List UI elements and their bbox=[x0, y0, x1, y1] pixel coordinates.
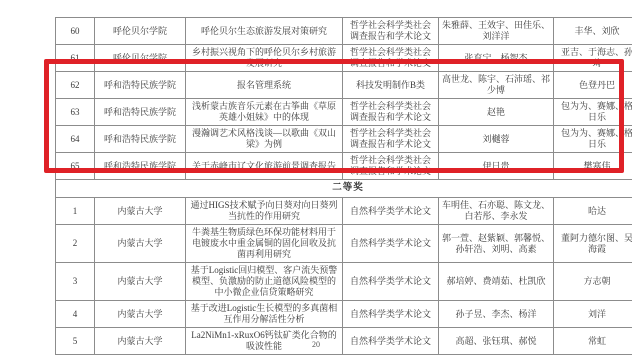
table-cell: 高世龙、陈宇、石沛瑶、祁少博 bbox=[439, 72, 554, 99]
table-cell: 呼和浩特民族学院 bbox=[95, 72, 186, 99]
table-cell: 亚吉、于海志、孙琦 bbox=[554, 45, 632, 72]
table-row: 62呼和浩特民族学院报名管理系统科技发明制作B类高世龙、陈宇、石沛瑶、祁少博色登… bbox=[56, 72, 632, 99]
awards-table-body: 60呼伦贝尔学院呼伦贝尔生态旅游发展对策研究哲学社会科学类社会调查报告和学术论文… bbox=[56, 18, 632, 355]
table-cell: 自然科学类学术论文 bbox=[343, 225, 439, 263]
table-cell: 樊寒伟 bbox=[554, 153, 632, 180]
table-cell: 伊日贵 bbox=[439, 153, 554, 180]
table-cell: 62 bbox=[56, 72, 95, 99]
table-cell: 65 bbox=[56, 153, 95, 180]
table-cell: 浅析蒙古族音乐元素在古筝曲《草原英雄小姐妹》中的体现 bbox=[186, 99, 343, 126]
table-cell: 郝培婷、费靖茹、杜凯欣 bbox=[439, 263, 554, 301]
table-cell: 60 bbox=[56, 18, 95, 45]
table-cell: 董阿力德尔图、吴海霞 bbox=[554, 225, 632, 263]
table-cell: 车明佳、石亦聪、陈文龙、白若彤、李永发 bbox=[439, 198, 554, 225]
table-row: 61呼伦贝尔学院乡村振兴视角下的呼伦贝尔乡村旅游发展研究哲学社会科学类社会调查报… bbox=[56, 45, 632, 72]
table-cell: 自然科学类学术论文 bbox=[343, 263, 439, 301]
table-cell: 哲学社会科学类社会调查报告和学术论文 bbox=[343, 126, 439, 153]
table-cell: 内蒙古大学 bbox=[95, 198, 186, 225]
table-row: 64呼和浩特民族学院漫瀚调艺术风格浅谈—以歌曲《双山梁》为例哲学社会科学类社会调… bbox=[56, 126, 632, 153]
section-label: 二等奖 bbox=[56, 180, 632, 198]
table-cell: 孙子昱、李杰、杨洋 bbox=[439, 301, 554, 328]
table-cell: 漫瀚调艺术风格浅谈—以歌曲《双山梁》为例 bbox=[186, 126, 343, 153]
table-cell: 2 bbox=[56, 225, 95, 263]
table-row: 4内蒙古大学基于改进Logistic生长模型的多真菌相互作用分解活性分析自然科学… bbox=[56, 301, 632, 328]
table-cell: 报名管理系统 bbox=[186, 72, 343, 99]
table-cell: 64 bbox=[56, 126, 95, 153]
document-page: 60呼伦贝尔学院呼伦贝尔生态旅游发展对策研究哲学社会科学类社会调查报告和学术论文… bbox=[0, 0, 632, 360]
table-cell: 呼和浩特民族学院 bbox=[95, 153, 186, 180]
awards-table-container: 60呼伦贝尔学院呼伦贝尔生态旅游发展对策研究哲学社会科学类社会调查报告和学术论文… bbox=[55, 17, 612, 355]
table-cell: 乡村振兴视角下的呼伦贝尔乡村旅游发展研究 bbox=[186, 45, 343, 72]
table-cell: 哲学社会科学类社会调查报告和学术论文 bbox=[343, 45, 439, 72]
awards-table: 60呼伦贝尔学院呼伦贝尔生态旅游发展对策研究哲学社会科学类社会调查报告和学术论文… bbox=[55, 17, 632, 355]
page-number: 20 bbox=[0, 340, 632, 349]
table-cell: 刘洋 bbox=[554, 301, 632, 328]
table-cell: 刘樾蓉 bbox=[439, 126, 554, 153]
table-cell: 关于赤峰市辽文化旅游前景调查报告 bbox=[186, 153, 343, 180]
table-cell: 包为为、赛娜、格日乐 bbox=[554, 126, 632, 153]
table-cell: 郭一萱、赵紫颖、郭馨悦、孙轩浩、刘明、高素 bbox=[439, 225, 554, 263]
table-cell: 自然科学类学术论文 bbox=[343, 198, 439, 225]
table-cell: 哲学社会科学类社会调查报告和学术论文 bbox=[343, 18, 439, 45]
table-cell: 通过HIGS技术赋予向日葵对向日葵列当抗性的作用研究 bbox=[186, 198, 343, 225]
table-row: 2内蒙古大学牛粪基生物质绿色环保功能材料用于电镀废水中重金属铜的固化回收及抗菌再… bbox=[56, 225, 632, 263]
table-cell: 内蒙古大学 bbox=[95, 263, 186, 301]
table-cell: 内蒙古大学 bbox=[95, 301, 186, 328]
table-cell: 呼伦贝尔学院 bbox=[95, 45, 186, 72]
table-row: 65呼和浩特民族学院关于赤峰市辽文化旅游前景调查报告哲学社会科学类社会调查报告和… bbox=[56, 153, 632, 180]
table-cell: 哲学社会科学类社会调查报告和学术论文 bbox=[343, 153, 439, 180]
table-cell: 61 bbox=[56, 45, 95, 72]
table-cell: 基于改进Logistic生长模型的多真菌相互作用分解活性分析 bbox=[186, 301, 343, 328]
table-cell: 丰华、刘欣 bbox=[554, 18, 632, 45]
table-cell: 呼伦贝尔生态旅游发展对策研究 bbox=[186, 18, 343, 45]
table-cell: 包为为、赛娜、格日乐 bbox=[554, 99, 632, 126]
table-cell: 基于Logistic回归模型、客户流失预警模型、负激励的防止道德风险模型的中小微… bbox=[186, 263, 343, 301]
table-cell: 4 bbox=[56, 301, 95, 328]
table-cell: 1 bbox=[56, 198, 95, 225]
table-cell: 63 bbox=[56, 99, 95, 126]
table-row: 63呼和浩特民族学院浅析蒙古族音乐元素在古筝曲《草原英雄小姐妹》中的体现哲学社会… bbox=[56, 99, 632, 126]
section-header-row: 二等奖 bbox=[56, 180, 632, 198]
table-cell: 呼伦贝尔学院 bbox=[95, 18, 186, 45]
table-cell: 色登丹巴 bbox=[554, 72, 632, 99]
table-cell: 3 bbox=[56, 263, 95, 301]
table-row: 3内蒙古大学基于Logistic回归模型、客户流失预警模型、负激励的防止道德风险… bbox=[56, 263, 632, 301]
table-cell: 方志朝 bbox=[554, 263, 632, 301]
table-cell: 哈达 bbox=[554, 198, 632, 225]
table-cell: 赵艳 bbox=[439, 99, 554, 126]
table-cell: 牛粪基生物质绿色环保功能材料用于电镀废水中重金属铜的固化回收及抗菌再利用研究 bbox=[186, 225, 343, 263]
table-cell: 内蒙古大学 bbox=[95, 225, 186, 263]
table-cell: 科技发明制作B类 bbox=[343, 72, 439, 99]
table-cell: 自然科学类学术论文 bbox=[343, 301, 439, 328]
table-row: 60呼伦贝尔学院呼伦贝尔生态旅游发展对策研究哲学社会科学类社会调查报告和学术论文… bbox=[56, 18, 632, 45]
table-cell: 呼和浩特民族学院 bbox=[95, 126, 186, 153]
table-cell: 朱雅薛、王效宇、田佳乐、刘洋洋 bbox=[439, 18, 554, 45]
table-cell: 哲学社会科学类社会调查报告和学术论文 bbox=[343, 99, 439, 126]
table-row: 1内蒙古大学通过HIGS技术赋予向日葵对向日葵列当抗性的作用研究自然科学类学术论… bbox=[56, 198, 632, 225]
table-cell: 张育宁、杨智杰 bbox=[439, 45, 554, 72]
table-cell: 呼和浩特民族学院 bbox=[95, 99, 186, 126]
